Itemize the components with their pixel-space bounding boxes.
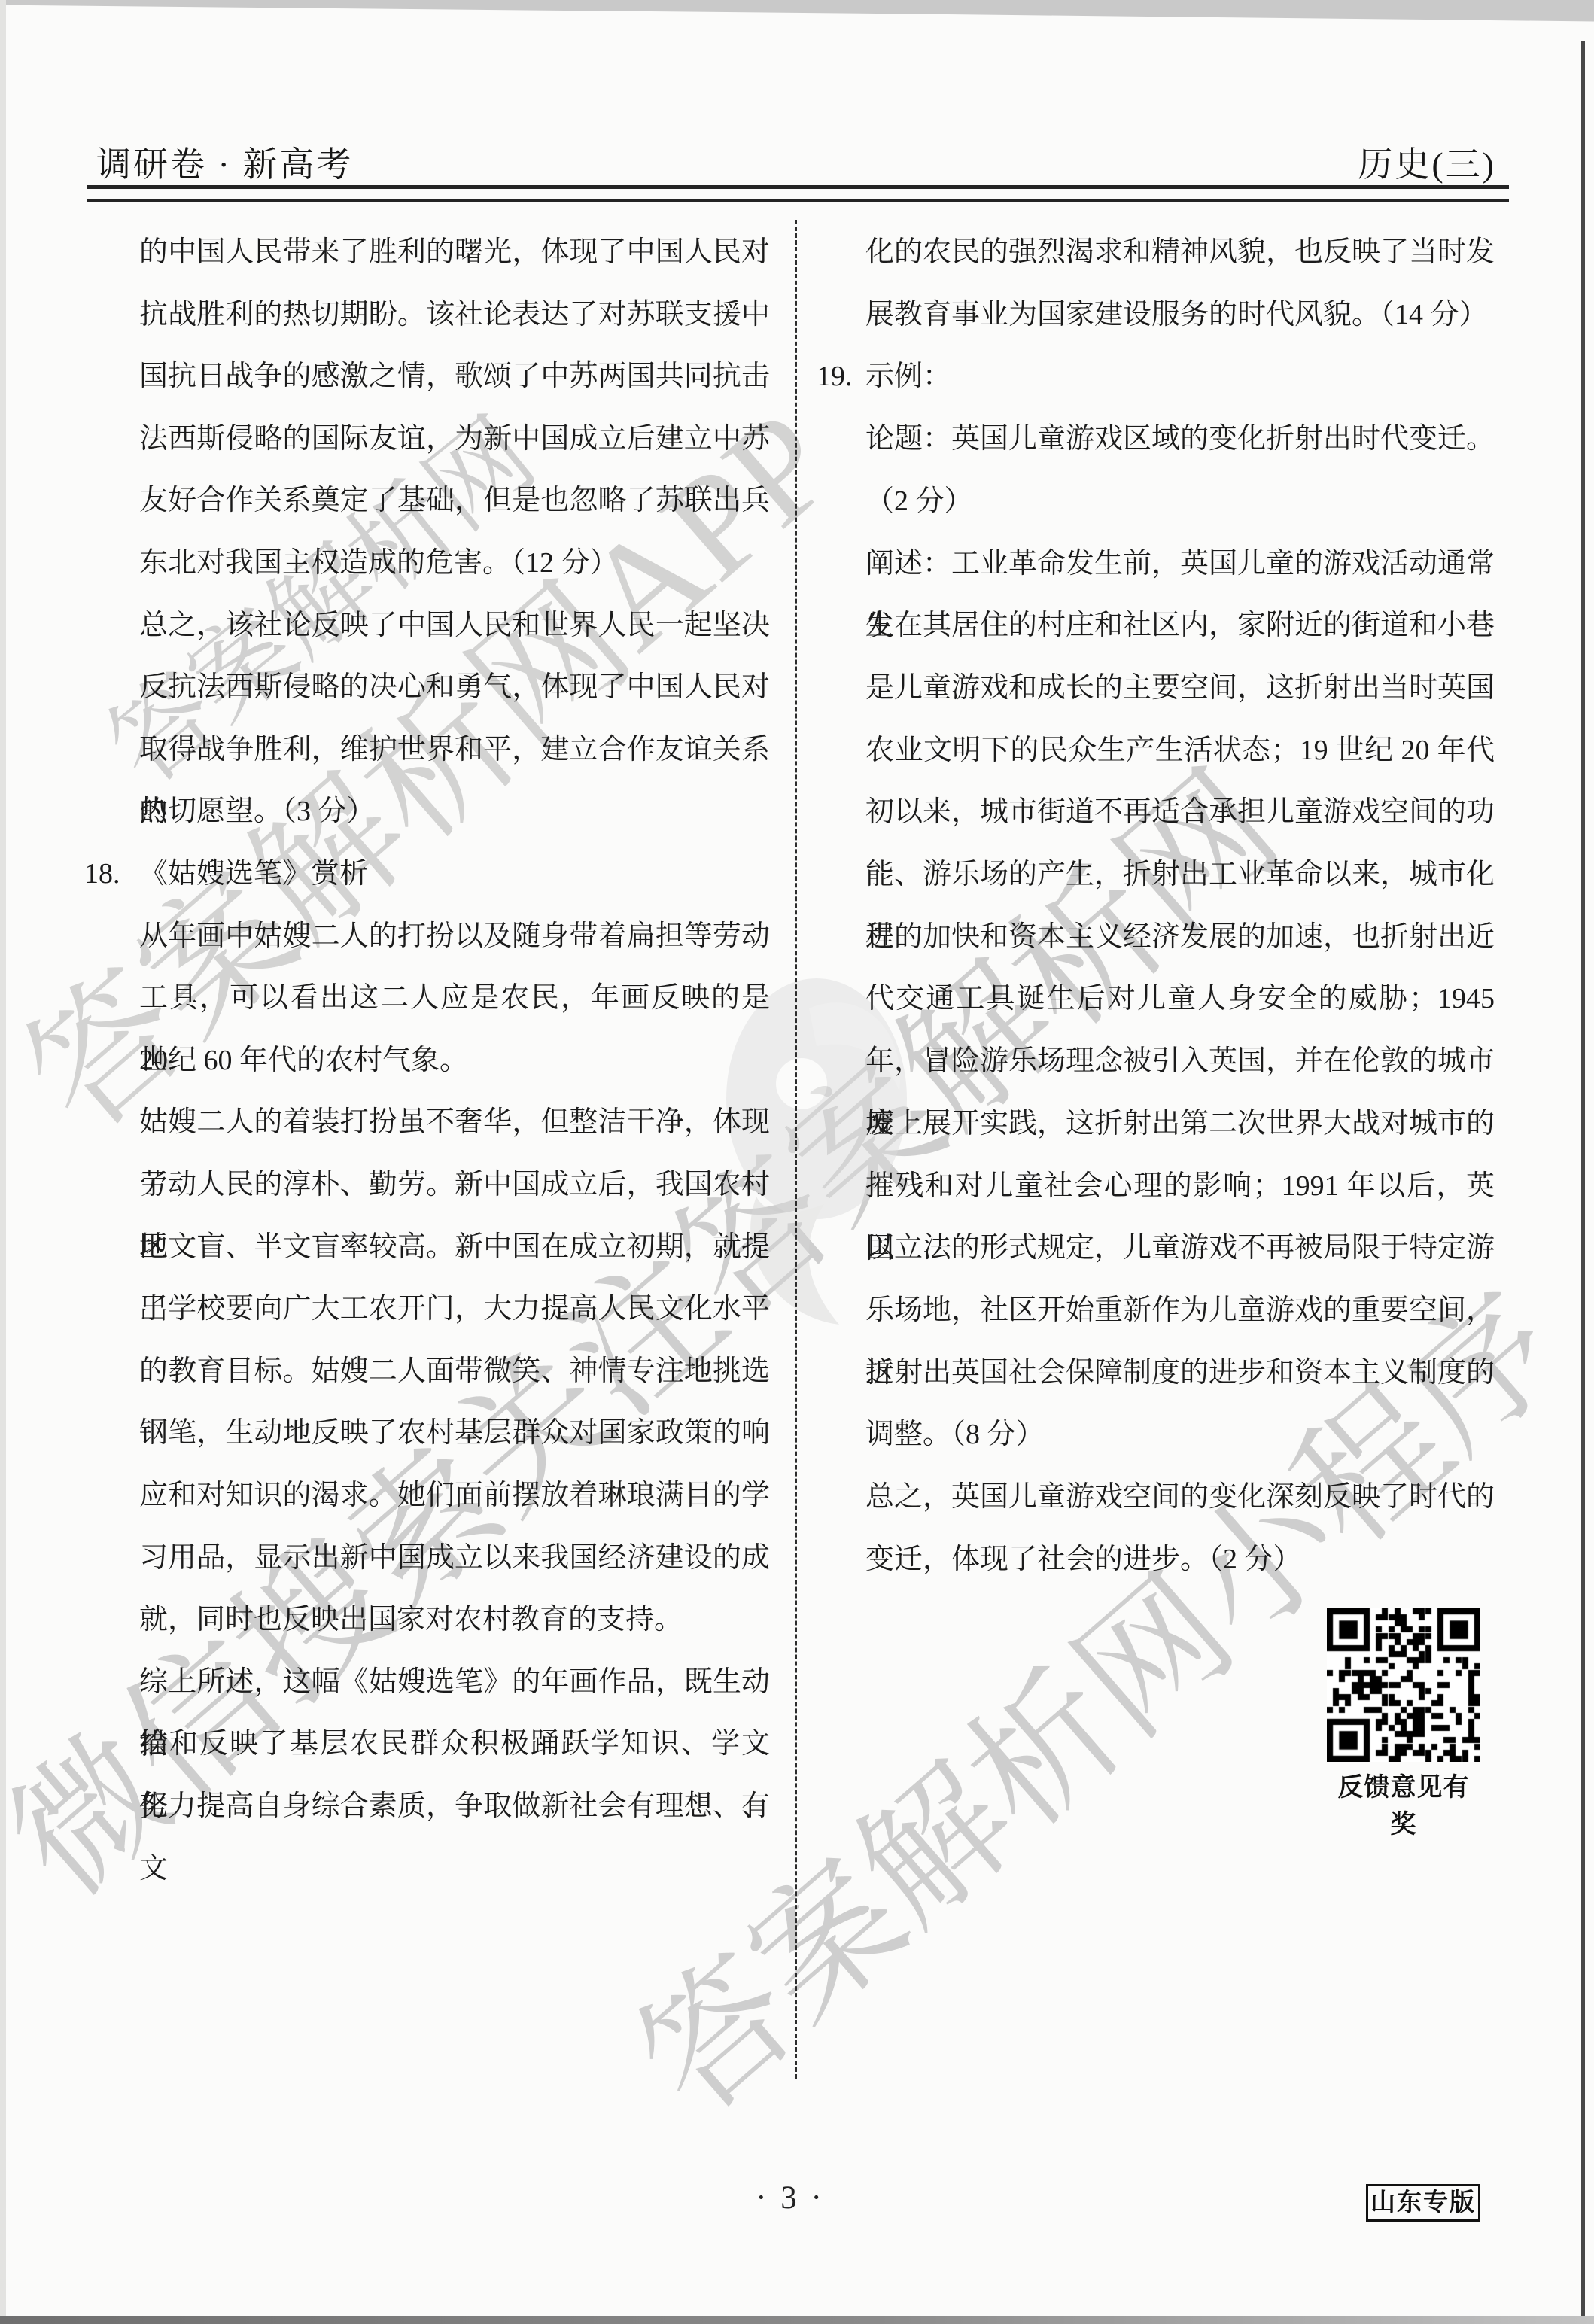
header-double-rule	[87, 185, 1509, 202]
text-line: 生在其居住的村庄和社区内，家附近的街道和小巷	[865, 595, 1495, 657]
text-line: 总之，英国儿童游戏空间的变化深刻反映了时代的	[865, 1466, 1495, 1529]
text-line: 示例：19.	[865, 345, 1495, 408]
text-line: 摧残和对儿童社会心理的影响；1991 年以后，英国	[865, 1155, 1495, 1218]
list-number: 19.	[817, 345, 853, 408]
text-line: 化的农民的强烈渴求和精神风貌，也反映了当时发	[865, 221, 1495, 284]
text-line: 努力提高自身综合素质，争取做新社会有理想、有文	[139, 1775, 770, 1838]
text-line: 论题：英国儿童游戏区域的变化折射出时代变迁。	[865, 408, 1495, 470]
text-line: 友好合作关系奠定了基础，但是也忽略了苏联出兵	[139, 470, 770, 532]
text-line: 区文盲、半文盲率较高。新中国在成立初期，就提出	[139, 1216, 770, 1279]
scanned-answer-page: 答案解析网答案解析网APP微信搜索关注答案解析网答案解析网小程序 调研卷 · 新…	[0, 0, 1594, 2324]
text-line: 劳动人民的淳朴、勤劳。新中国成立后，我国农村地	[139, 1154, 770, 1216]
text-line: 程的加快和资本主义经济发展的加速，也折射出近	[865, 906, 1495, 969]
text-line: 了学校要向广大工农开门，大力提高人民文化水平	[139, 1278, 770, 1340]
text-line: 工具，可以看出这二人应是农民，年画反映的是 20	[139, 967, 770, 1030]
text-line: 的教育目标。姑嫂二人面带微笑、神情专注地挑选	[139, 1340, 770, 1403]
text-line: 就，同时也反映出国家对农村教育的支持。	[139, 1589, 770, 1651]
text-line: 阐述：工业革命发生前，英国儿童的游戏活动通常发	[865, 533, 1495, 595]
text-line: 应和对知识的渴求。她们面前摆放着琳琅满目的学	[139, 1465, 770, 1527]
text-line: 《姑嫂选笔》赏析18.	[139, 843, 770, 905]
text-line: 东北对我国主权造成的危害。（12 分）	[139, 532, 770, 595]
list-number: 18.	[84, 843, 120, 905]
text-line: 总之，该社论反映了中国人民和世界人民一起坚决	[139, 595, 770, 657]
feedback-qr-block: 反馈意见有奖	[1327, 1608, 1480, 1840]
text-line: 热切愿望。（3 分）	[139, 780, 770, 843]
text-line: 代交通工具诞生后对儿童人身安全的威胁；1945	[865, 968, 1495, 1030]
qr-caption: 反馈意见有奖	[1327, 1766, 1480, 1840]
edition-badge: 山东专版	[1366, 2184, 1480, 2222]
text-line: 乐场地，社区开始重新作为儿童游戏的重要空间，这	[865, 1279, 1495, 1342]
text-line: 绘和反映了基层农民群众积极踊跃学知识、学文化、	[139, 1713, 770, 1775]
text-line: 农业文明下的民众生产生活状态；19 世纪 20 年代	[865, 719, 1495, 782]
text-line: 展教育事业为国家建设服务的时代风貌。（14 分）	[865, 284, 1495, 346]
page-number: · 3 ·	[722, 2180, 858, 2216]
text-line: 墟上展开实践，这折射出第二次世界大战对城市的	[865, 1093, 1495, 1155]
text-line: 习用品，显示出新中国成立以来我国经济建设的成	[139, 1527, 770, 1589]
text-line: 年，冒险游乐场理念被引入英国，并在伦敦的城市废	[865, 1030, 1495, 1093]
text-line: 反抗法西斯侵略的决心和勇气，体现了中国人民对	[139, 656, 770, 719]
text-line: 以立法的形式规定，儿童游戏不再被局限于特定游	[865, 1217, 1495, 1279]
booklet-title: 调研卷 · 新高考	[96, 137, 353, 187]
text-line: 世纪 60 年代的农村气象。	[139, 1030, 770, 1092]
text-line: 能、游乐场的产生，折射出工业革命以来，城市化进	[865, 844, 1495, 906]
text-line: 抗战胜利的热切期盼。该社论表达了对苏联支援中	[139, 284, 770, 346]
text-line: 折射出英国社会保障制度的进步和资本主义制度的	[865, 1342, 1495, 1404]
text-line: 取得战争胜利，维护世界和平，建立合作友谊关系的	[139, 719, 770, 781]
scan-edge-right	[1581, 41, 1585, 2324]
text-line: 综上所述，这幅《姑嫂选笔》的年画作品，既生动描	[139, 1651, 770, 1714]
text-line: 国抗日战争的感激之情，歌颂了中苏两国共同抗击	[139, 345, 770, 408]
text-line: 初以来，城市街道不再适合承担儿童游戏空间的功	[865, 781, 1495, 844]
text-line: 法西斯侵略的国际友谊，为新中国成立后建立中苏	[139, 408, 770, 470]
text-line: 的中国人民带来了胜利的曙光，体现了中国人民对	[139, 221, 770, 284]
text-line: 钢笔，生动地反映了农村基层群众对国家政策的响	[139, 1402, 770, 1465]
scan-edge-left	[0, 0, 6, 2324]
subject-title: 历史(三)	[1358, 137, 1496, 187]
text-line: 姑嫂二人的着装打扮虽不奢华，但整洁干净，体现了	[139, 1091, 770, 1154]
text-line: （2 分）	[865, 470, 1495, 533]
scan-edge-bottom	[0, 2316, 1594, 2324]
text-line: 是儿童游戏和成长的主要空间，这折射出当时英国	[865, 657, 1495, 719]
text-line: 从年画中姑嫂二人的打扮以及随身带着扁担等劳动	[139, 905, 770, 968]
scan-edge-top	[0, 0, 1594, 23]
text-line: 调整。（8 分）	[865, 1404, 1495, 1466]
column-divider	[795, 220, 797, 2079]
qr-code	[1327, 1608, 1480, 1762]
text-line: 变迁，体现了社会的进步。（2 分）	[865, 1529, 1495, 1591]
